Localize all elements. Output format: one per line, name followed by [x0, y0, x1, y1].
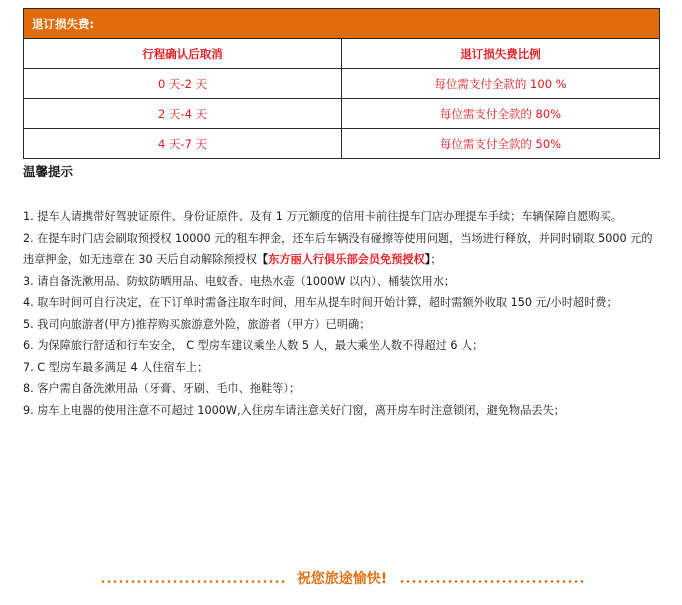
- cancel-period-cell: 0 天-2 天: [24, 69, 342, 99]
- table-header-row: 行程确认后取消 退订损失费比例: [24, 39, 660, 69]
- fee-ratio-cell: 每位需支付全款的 100 %: [342, 69, 660, 99]
- tips-list: 1. 提车人请携带好驾驶证原件、身份证原件、及有 1 万元额度的信用卡前往提车门…: [23, 206, 659, 421]
- table-row: 2 天-4 天 每位需支付全款的 80%: [24, 99, 660, 129]
- member-highlight: 东方丽人行俱乐部会员免预授权: [268, 253, 425, 266]
- fee-ratio-cell: 每位需支付全款的 50%: [342, 129, 660, 159]
- bracket-open: 【: [257, 253, 268, 266]
- tip-item-3: 3. 请自备洗漱用品、防蚊防晒用品、电蚊香、电热水壶（1000W 以内）、桶装饮…: [23, 271, 659, 293]
- dotted-divider-left: [100, 580, 285, 583]
- cancel-period-cell: 2 天-4 天: [24, 99, 342, 129]
- table-caption-row: 退订损失费:: [24, 9, 660, 39]
- tip-item-4: 4. 取车时间可自行决定，在下订单时需备注取车时间，用车从提车时间开始计算，超时…: [23, 292, 659, 314]
- tip-item-6: 6. 为保障旅行舒适和行车安全， C 型房车建议乘坐人数 5 人，最大乘坐人数不…: [23, 335, 659, 357]
- dotted-divider-right: [399, 580, 584, 583]
- footer-greeting: 祝您旅途愉快!: [285, 568, 399, 588]
- cancel-period-cell: 4 天-7 天: [24, 129, 342, 159]
- column-header-cancel-period: 行程确认后取消: [24, 39, 342, 69]
- tips-title: 温馨提示: [23, 162, 73, 180]
- fee-ratio-cell: 每位需支付全款的 80%: [342, 99, 660, 129]
- tip-item-9: 9. 房车上电器的使用注意不可超过 1000W,入住房车请注意关好门窗，离开房车…: [23, 400, 659, 422]
- table-row: 0 天-2 天 每位需支付全款的 100 %: [24, 69, 660, 99]
- cancellation-fee-table: 退订损失费: 行程确认后取消 退订损失费比例 0 天-2 天 每位需支付全款的 …: [23, 8, 660, 159]
- tip-item-5: 5. 我司向旅游者(甲方)推荐购买旅游意外险，旅游者（甲方）已明确；: [23, 314, 659, 336]
- tip-item-7: 7. C 型房车最多满足 4 人住宿车上；: [23, 357, 659, 379]
- table-row: 4 天-7 天 每位需支付全款的 50%: [24, 129, 660, 159]
- footer-banner: 祝您旅途愉快!: [100, 568, 584, 588]
- tip-item-8: 8. 客户需自备洗漱用品（牙膏、牙刷、毛巾、拖鞋等）；: [23, 378, 659, 400]
- table-caption: 退订损失费:: [24, 9, 660, 39]
- column-header-fee-ratio: 退订损失费比例: [342, 39, 660, 69]
- tip-item-2: 2. 在提车时门店会刷取预授权 10000 元的租车押金，还车后车辆没有碰擦等使…: [23, 228, 659, 271]
- tip-item-2-tail: ；: [430, 253, 441, 266]
- tip-item-1: 1. 提车人请携带好驾驶证原件、身份证原件、及有 1 万元额度的信用卡前往提车门…: [23, 206, 659, 228]
